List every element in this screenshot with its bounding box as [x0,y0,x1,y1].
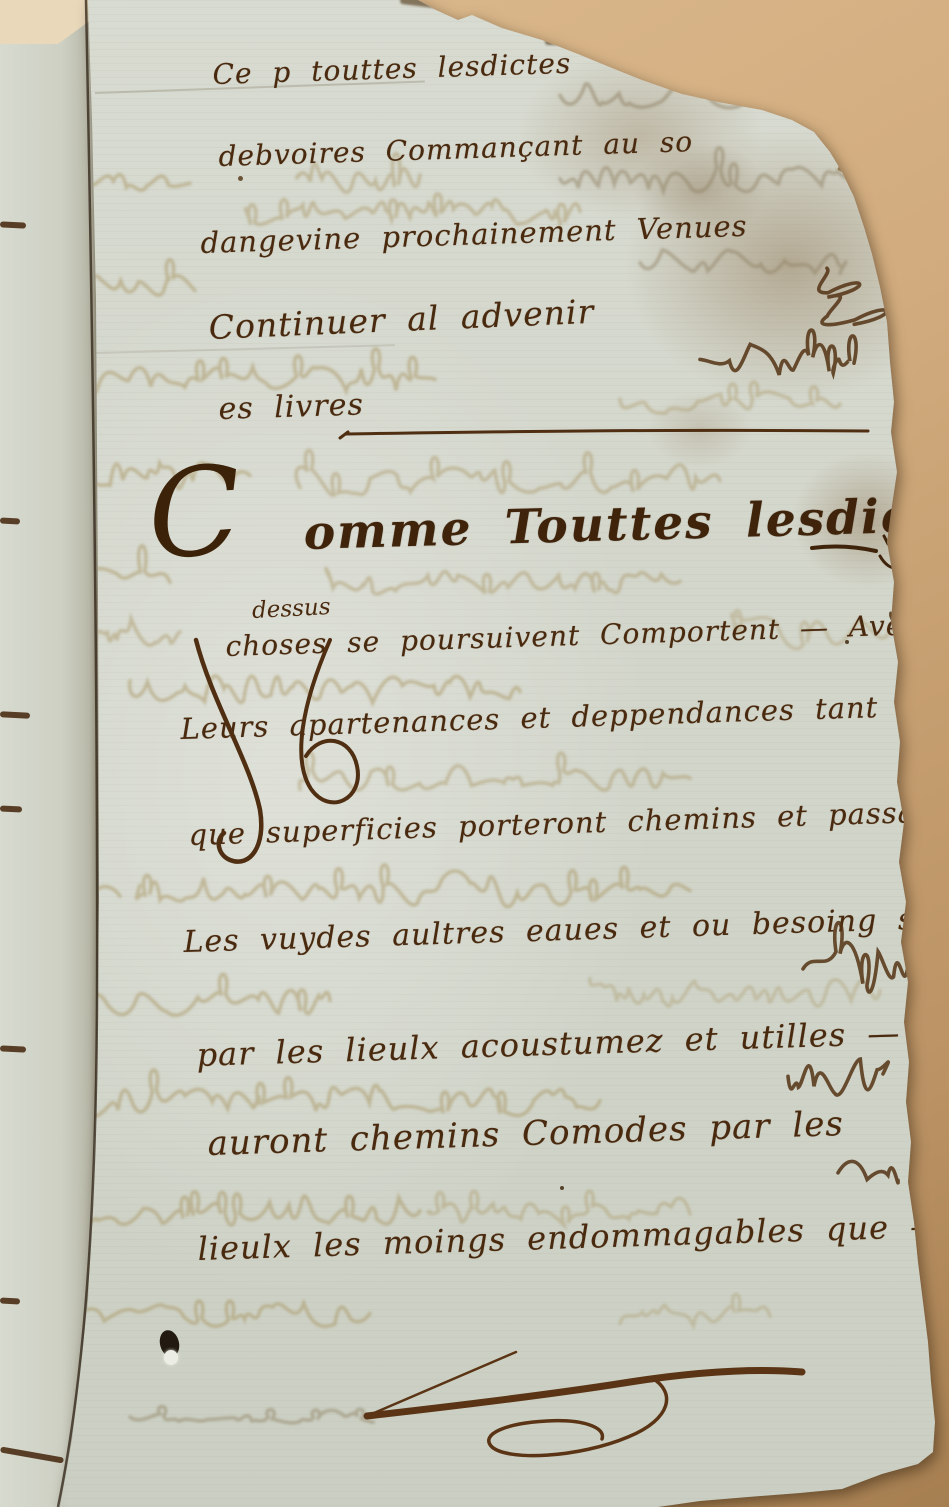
bleedthrough-stroke [620,382,840,422]
bleedthrough-stroke [560,70,830,116]
paraph-flourish [367,1352,516,1416]
ink-speck [560,1186,564,1190]
bleedthrough-stroke [130,1406,370,1426]
ink-rule [340,430,868,438]
ink-curl [34,509,64,543]
photo-stage: Ce p touttes lesdictes debvoires Commanç… [0,0,949,1507]
torn-edge-debris [400,0,550,22]
bleedthrough-stroke [0,972,330,1024]
ink-curl [700,322,850,390]
manuscript-page: Ce p touttes lesdictes debvoires Commanç… [0,0,949,1507]
manuscript-page-shadow: Ce p touttes lesdictes debvoires Commanç… [0,0,949,1507]
paraph-flourish [489,1378,667,1456]
bleedthrough-stroke [60,158,190,204]
bleedthrough-stroke [0,262,195,314]
manuscript-line: dangevine prochainement Venues [200,209,748,260]
manuscript-line: Leurs apartenances et deppendances tant … [180,688,949,746]
heading-initial: C [144,449,246,577]
bleedthrough-stroke [140,862,690,914]
bleedthrough-stroke [620,1292,770,1336]
ink-curl [838,1148,898,1193]
manuscript-line: Continuer al advenir [208,292,595,347]
paper-crease [95,344,395,354]
bleedthrough-stroke [330,556,680,602]
manuscript-line: lieulx les moings endommagables que — [197,1207,944,1268]
bleedthrough-stroke [0,872,120,916]
ink-curl [790,252,893,337]
manuscript-line: par les lieulx acoustumez et utilles — [196,1014,901,1074]
heading-dash [812,547,876,551]
folio-number: 5 [836,147,858,180]
wormhole-highlight [164,1350,178,1365]
manuscript-line: que superficies porteront chemins et pas… [188,793,949,852]
ink-speck [238,176,243,181]
torn-edge-debris [545,36,583,45]
heading-text: omme Touttes lesdictes — [303,484,949,561]
manuscript-line: choses se poursuivent Comportent — Avecq… [225,606,949,663]
interline-insertion: dessus [251,594,331,624]
bleedthrough-stroke [590,962,880,1014]
ink-speck [575,44,582,51]
ink-speck [845,640,849,644]
bleedthrough-stroke [60,600,180,658]
paraph-flourish [367,1370,802,1416]
manuscript-line: Ce p touttes lesdictes [212,47,572,91]
bleedthrough-stroke [0,1288,370,1334]
bleedthrough-stroke [300,753,690,799]
manuscript-line: auront chemins Comodes par les [207,1104,844,1164]
manuscript-line: es livres [218,387,364,427]
bleedthrough-stroke [0,545,170,613]
manuscript-line: debvoires Commançant au so [218,125,694,173]
manuscript-line: Les vuydes aultres eaues et ou besoing s… [183,899,949,960]
